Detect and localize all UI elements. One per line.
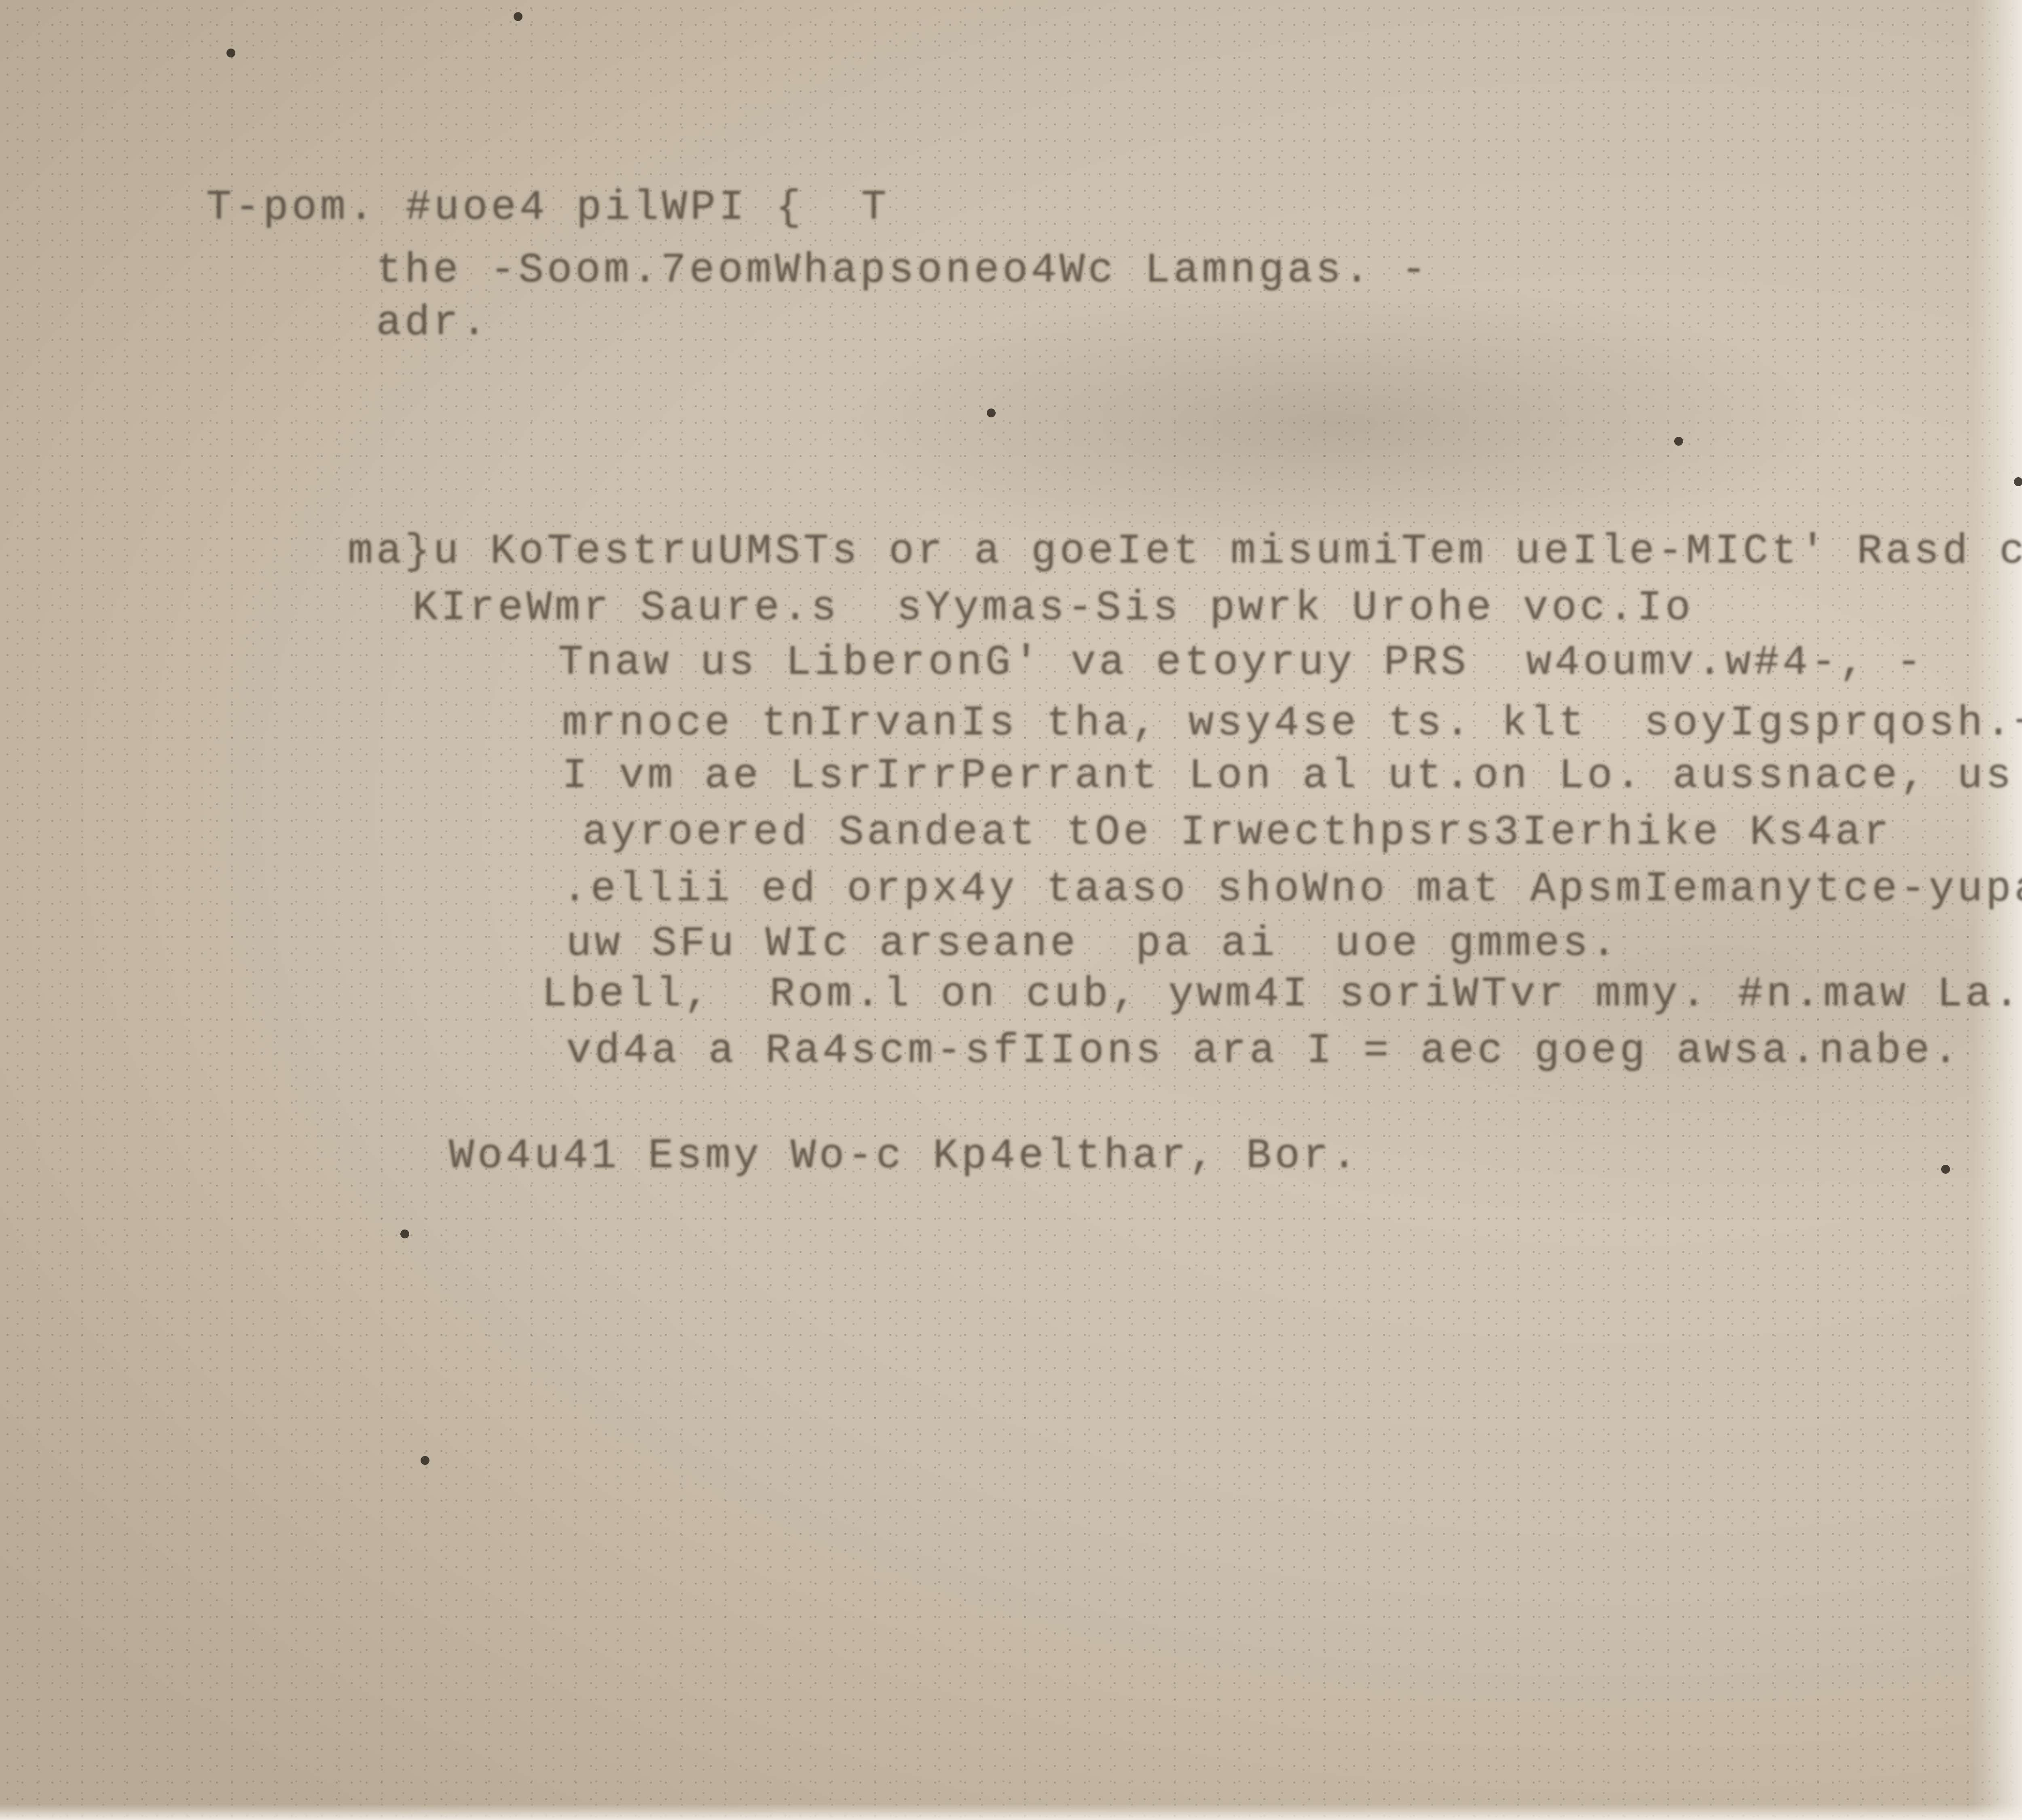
paper-edge-bottom	[0, 1804, 2022, 1820]
body-line: ma}u KoTestruUMSTs or a goeIet misumiTem…	[348, 528, 2022, 576]
ink-speck	[1941, 1165, 1950, 1174]
ink-speck	[2014, 477, 2022, 486]
body-line: uw SFu WIc arseane pa ai uoe gmmes.	[566, 920, 1620, 968]
signature-line: Wo4u41 Esmy Wo-c Kp4elthar, Bor.	[449, 1132, 1360, 1180]
ink-speck	[226, 49, 235, 57]
header-line: the -Soom.7eomWhapsoneo4Wc Lamngas. -	[376, 247, 1430, 294]
body-line: ayroered Sandeat tOe Irwecthpsrs3Ierhike…	[582, 809, 1892, 857]
header-line: T-pom. #uoe4 pilWPI { T	[206, 184, 890, 232]
body-line: I vm ae LsrIrrPerrant Lon al ut.on Lo. a…	[562, 752, 2022, 800]
ink-speck	[1674, 437, 1683, 446]
body-line: Lbell, Rom.l on cub, ywm4I soriWTvr mmy.…	[542, 971, 2022, 1018]
header-line: adr.	[376, 299, 490, 347]
body-line: KIreWmr Saure.s sYymas-Sis pwrk Urohe vo…	[412, 584, 1694, 632]
body-line: .ellii ed orpx4y taaso shoWno mat ApsmIe…	[562, 866, 2022, 913]
body-line: Tnaw us LiberonG' va etoyruy PRS w4oumv.…	[558, 639, 1925, 687]
body-line: vd4a a Ra4scm-sfIIons ara I = aec goeg a…	[566, 1027, 1961, 1075]
ink-speck	[987, 408, 996, 417]
ink-speck	[514, 12, 522, 21]
ink-speck	[400, 1230, 409, 1238]
body-line: mrnoce tnIrvanIs tha, wsy4se ts. klt soy…	[562, 700, 2022, 747]
ink-speck	[421, 1456, 429, 1465]
